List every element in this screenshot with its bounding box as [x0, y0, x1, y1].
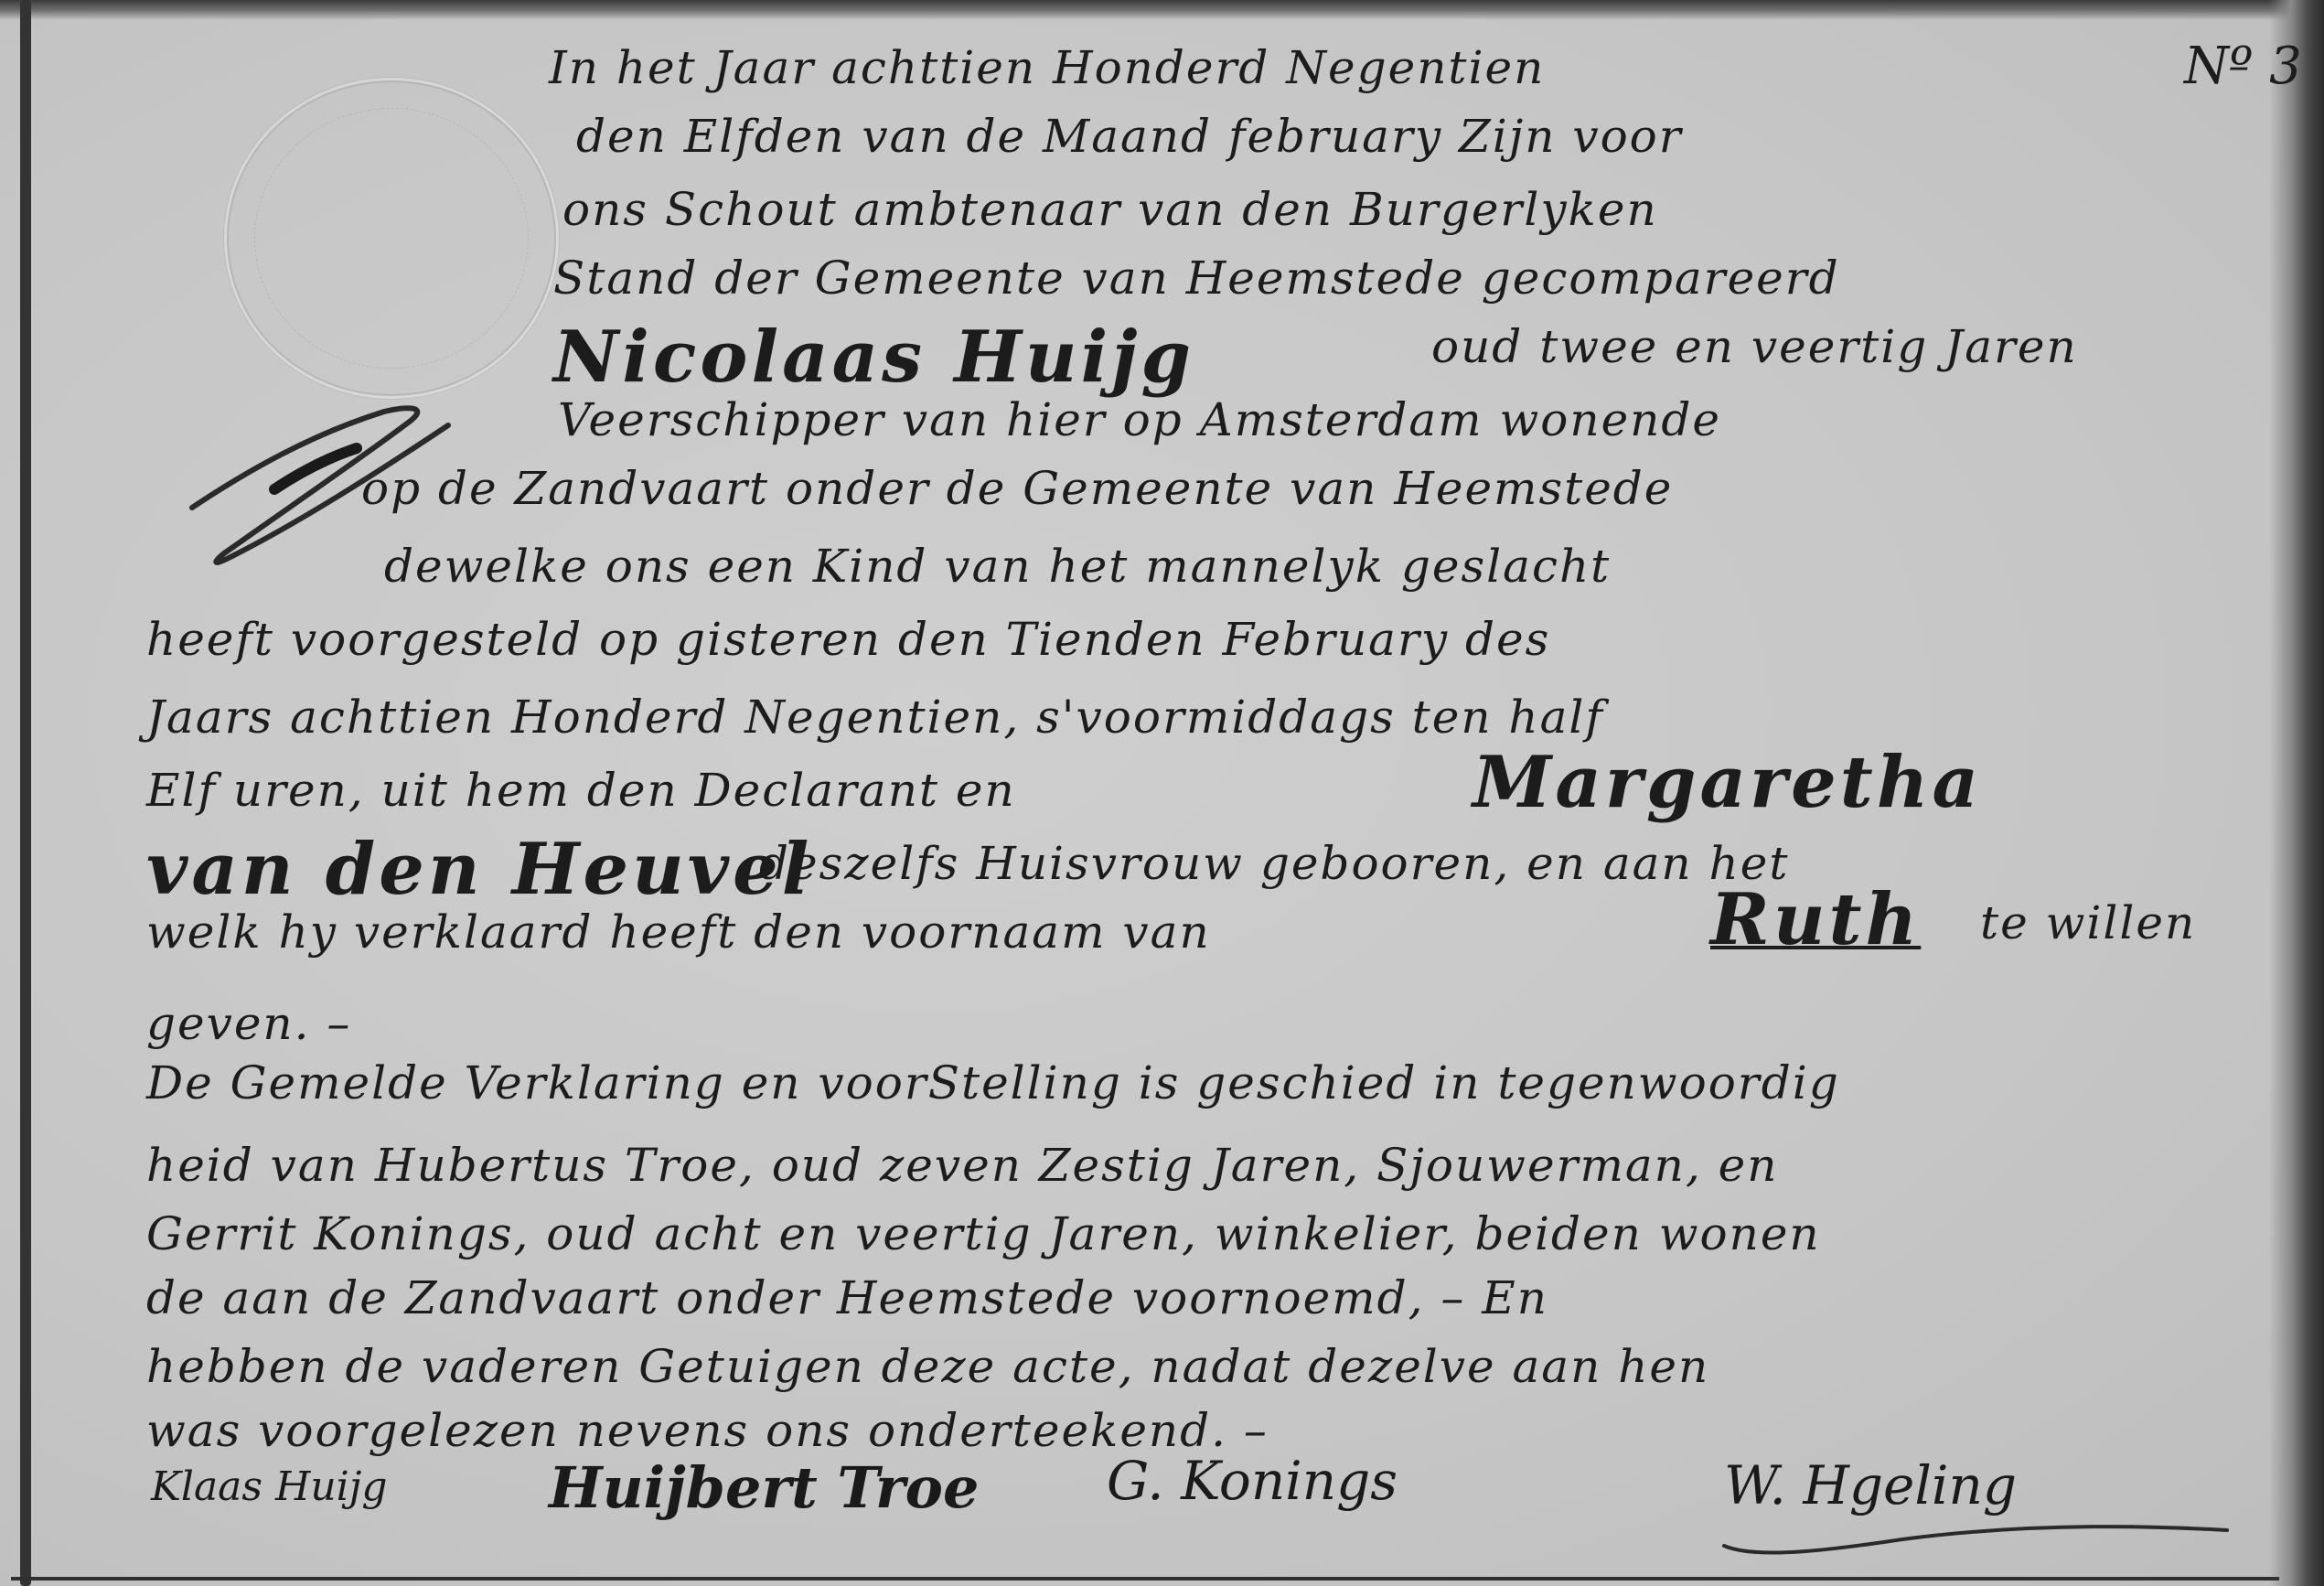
- text-line-19: geven. –: [146, 997, 351, 1050]
- text-line-15: deszelfs Huisvrouw gebooren, en aan het: [759, 837, 1789, 890]
- signature-witness-2: G. Konings: [1107, 1450, 1398, 1512]
- text-line-4: Stand der Gemeente van Heemstede gecompa…: [553, 252, 1840, 305]
- text-line-18: te willen: [1980, 896, 2196, 949]
- text-line-3: ons Schout ambtenaar van den Burgerlyken: [562, 183, 1658, 236]
- text-line-12: Elf uren, uit hem den Declarant en: [146, 764, 1016, 817]
- text-line-11: Jaars achttien Honderd Negentien, s'voor…: [146, 691, 1604, 744]
- text-line-16: welk hy verklaard heeft den voornaam van: [146, 906, 1211, 959]
- text-line-25: was voorgelezen nevens ons onderteekend.…: [146, 1404, 1269, 1457]
- signature-flourish-icon: [1719, 1523, 2232, 1559]
- text-line-8: op de Zandvaart onder de Gemeente van He…: [361, 462, 1673, 515]
- text-line-21: heid van Hubertus Troe, oud zeven Zestig…: [146, 1139, 1778, 1192]
- signature-father: Klaas Huijg: [151, 1463, 388, 1510]
- mother-surname: van den Heuvel: [146, 828, 812, 911]
- signature-official: W. Hgeling: [1724, 1454, 2017, 1516]
- text-line-24: hebben de vaderen Getuigen deze acte, na…: [146, 1340, 1709, 1393]
- text-line-6: oud twee en veertig Jaren: [1431, 320, 2078, 373]
- text-line-7: Veerschipper van hier op Amsterdam wonen…: [558, 393, 1721, 446]
- signature-witness-1: Huijbert Troe: [549, 1454, 979, 1521]
- father-name: Nicolaas Huijg: [553, 316, 1194, 399]
- text-line-23: de aan de Zandvaart onder Heemstede voor…: [146, 1271, 1548, 1324]
- child-name: Ruth: [1710, 878, 1921, 961]
- text-line-1: In het Jaar achttien Honderd Negentien: [549, 41, 1545, 94]
- text-line-20: De Gemelde Verklaring en voorStelling is…: [146, 1056, 1840, 1109]
- text-line-2: den Elfden van de Maand february Zijn vo…: [576, 110, 1683, 163]
- text-line-10: heeft voorgesteld op gisteren den Tiende…: [146, 613, 1550, 666]
- text-line-22: Gerrit Konings, oud acht en veertig Jare…: [146, 1207, 1821, 1260]
- register-text: In het Jaar achttien Honderd Negentien d…: [0, 0, 2324, 1586]
- text-line-9: dewelke ons een Kind van het mannelyk ge…: [384, 540, 1611, 593]
- mother-first-name: Margaretha: [1473, 741, 1982, 824]
